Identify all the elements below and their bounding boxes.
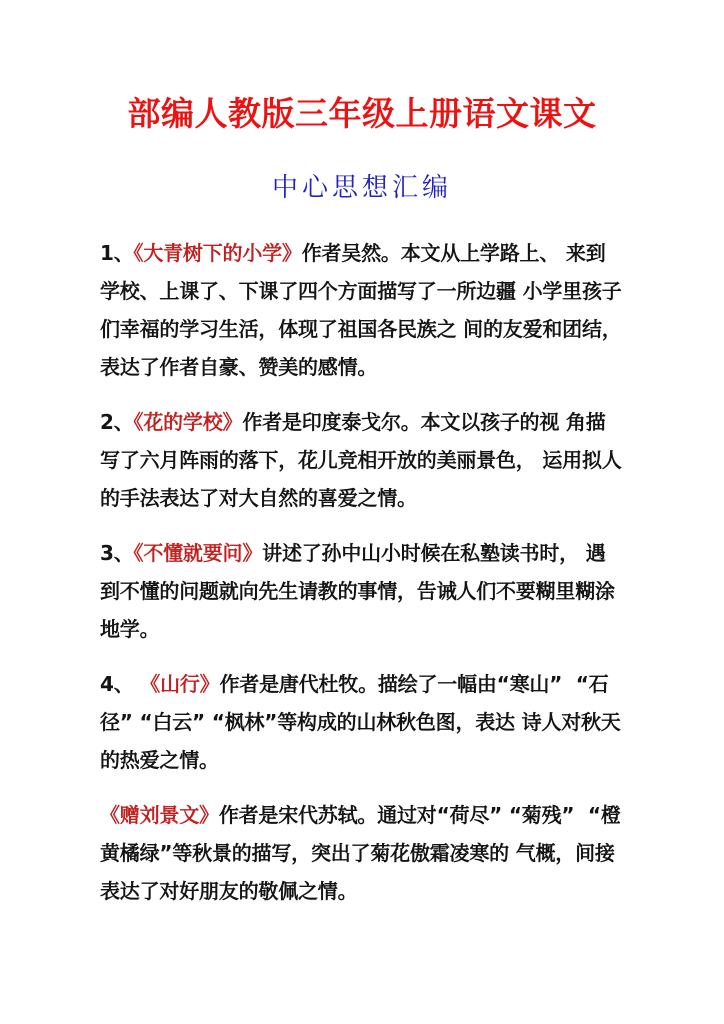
page-subtitle: 中心思想汇编 [100, 174, 624, 203]
page-title: 部编人教版三年级上册语文课文 [100, 94, 624, 134]
paragraph: 《赠刘景文》作者是宋代苏轼。通过对“荷尽” “菊残” “橙黄橘绿”等秋景的描写，… [100, 796, 624, 910]
paragraph-text-segment: 4、 [100, 672, 140, 696]
paragraph: 4、 《山行》作者是唐代杜牧。描绘了一幅由“寒山” “石径” “白云” “枫林”… [100, 665, 624, 779]
book-title-segment: 《花的学校》 [134, 410, 243, 434]
paragraph-list: 1、《大青树下的小学》作者吴然。本文从上学路上、 来到学校、上课了、下课了四个方… [100, 234, 624, 910]
paragraph: 1、《大青树下的小学》作者吴然。本文从上学路上、 来到学校、上课了、下课了四个方… [100, 234, 624, 386]
paragraph-text-segment: 2、 [100, 410, 134, 434]
book-title-segment: 《不懂就要问》 [134, 541, 263, 565]
book-title-segment: 《山行》 [140, 672, 219, 696]
book-title-segment: 《大青树下的小学》 [134, 241, 302, 265]
paragraph: 2、《花的学校》作者是印度泰戈尔。本文以孩子的视 角描写了六月阵雨的落下，花儿竞… [100, 403, 624, 517]
paragraph: 3、《不懂就要问》讲述了孙中山小时候在私塾读书时， 遇到不懂的问题就向先生请教的… [100, 534, 624, 648]
book-title-segment: 《赠刘景文》 [100, 803, 219, 827]
document-page: 部编人教版三年级上册语文课文 中心思想汇编 1、《大青树下的小学》作者吴然。本文… [0, 0, 724, 1024]
paragraph-text-segment: 1、 [100, 241, 134, 265]
paragraph-text-segment: 3、 [100, 541, 134, 565]
